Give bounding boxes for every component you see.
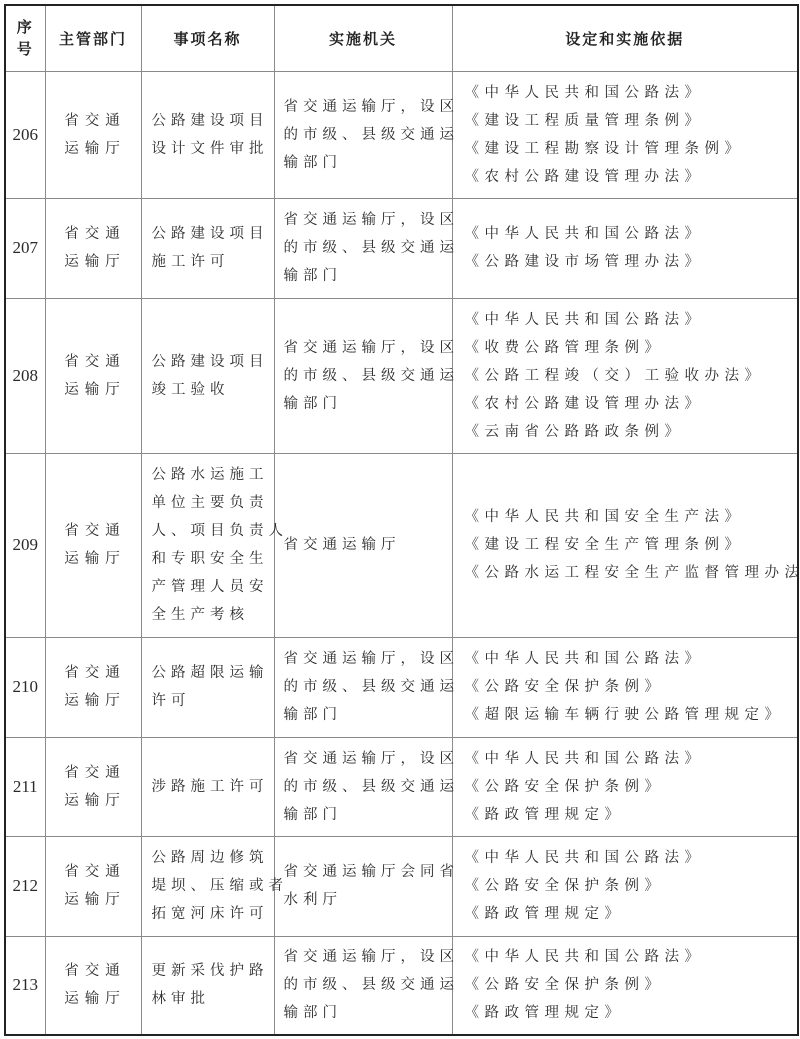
cell-item-name-line: 公路建设项目 — [152, 348, 268, 376]
cell-implementing-agency-line: 输部门 — [284, 701, 446, 729]
cell-legal-basis-line: 《中华人民共和国公路法》 — [465, 645, 792, 673]
cell-implementing-agency-line: 输部门 — [284, 262, 446, 290]
cell-serial-number: 211 — [5, 737, 45, 836]
cell-legal-basis: 《中华人民共和国公路法》《收费公路管理条例》《公路工程竣（交）工验收办法》《农村… — [452, 298, 798, 453]
cell-implementing-agency: 省交通运输厅，设区的市级、县级交通运输部门 — [274, 637, 452, 737]
cell-department-line: 运输厅 — [50, 985, 141, 1013]
cell-implementing-agency-line: 省交通运输厅 — [284, 531, 446, 559]
cell-item-name-line: 公路超限运输 — [152, 659, 268, 687]
cell-item-name-line: 单位主要负责 — [152, 489, 268, 517]
cell-legal-basis: 《中华人民共和国安全生产法》《建设工程安全生产管理条例》《公路水运工程安全生产监… — [452, 453, 798, 637]
cell-legal-basis-line: 《路政管理规定》 — [465, 801, 792, 829]
cell-department-line: 运输厅 — [50, 248, 141, 276]
header-row: 序 号 主管部门 事项名称 实施机关 设定和实施依据 — [5, 5, 798, 71]
table-row: 206省交通运输厅公路建设项目设计文件审批省交通运输厅，设区的市级、县级交通运输… — [5, 71, 798, 198]
cell-department: 省交通运输厅 — [45, 836, 141, 936]
cell-legal-basis-line: 《路政管理规定》 — [465, 900, 792, 928]
cell-department-line: 省交通 — [50, 759, 141, 787]
header-item-name: 事项名称 — [141, 5, 274, 71]
cell-implementing-agency-line: 省交通运输厅，设区 — [284, 93, 446, 121]
cell-legal-basis-line: 《公路工程竣（交）工验收办法》 — [465, 362, 792, 390]
header-implementing-agency: 实施机关 — [274, 5, 452, 71]
table-row: 209省交通运输厅公路水运施工单位主要负责人、项目负责人和专职安全生产管理人员安… — [5, 453, 798, 637]
cell-serial-number: 210 — [5, 637, 45, 737]
cell-item-name: 更新采伐护路林审批 — [141, 936, 274, 1035]
cell-legal-basis-line: 《收费公路管理条例》 — [465, 334, 792, 362]
cell-implementing-agency: 省交通运输厅 — [274, 453, 452, 637]
cell-implementing-agency-line: 省交通运输厅，设区 — [284, 334, 446, 362]
cell-department-line: 省交通 — [50, 220, 141, 248]
cell-implementing-agency: 省交通运输厅会同省水利厅 — [274, 836, 452, 936]
cell-implementing-agency-line: 输部门 — [284, 390, 446, 418]
cell-department-line: 省交通 — [50, 659, 141, 687]
cell-department-line: 省交通 — [50, 517, 141, 545]
cell-item-name-line: 公路水运施工 — [152, 461, 268, 489]
cell-serial-number: 212 — [5, 836, 45, 936]
cell-implementing-agency-line: 输部门 — [284, 149, 446, 177]
cell-implementing-agency-line: 的市级、县级交通运 — [284, 673, 446, 701]
cell-legal-basis-line: 《公路建设市场管理办法》 — [465, 248, 792, 276]
header-legal-basis: 设定和实施依据 — [452, 5, 798, 71]
cell-implementing-agency-line: 省交通运输厅，设区 — [284, 943, 446, 971]
cell-department-line: 省交通 — [50, 957, 141, 985]
cell-implementing-agency-line: 省交通运输厅，设区 — [284, 645, 446, 673]
cell-item-name-line: 人、项目负责人 — [152, 517, 268, 545]
cell-department: 省交通运输厅 — [45, 298, 141, 453]
cell-department-line: 运输厅 — [50, 545, 141, 573]
cell-item-name-line: 竣工验收 — [152, 376, 268, 404]
cell-legal-basis: 《中华人民共和国公路法》《建设工程质量管理条例》《建设工程勘察设计管理条例》《农… — [452, 71, 798, 198]
cell-department: 省交通运输厅 — [45, 936, 141, 1035]
cell-legal-basis-line: 《路政管理规定》 — [465, 999, 792, 1027]
header-department: 主管部门 — [45, 5, 141, 71]
cell-legal-basis: 《中华人民共和国公路法》《公路安全保护条例》《超限运输车辆行驶公路管理规定》 — [452, 637, 798, 737]
cell-item-name-line: 公路建设项目 — [152, 107, 268, 135]
admin-licensing-table: 序 号 主管部门 事项名称 实施机关 设定和实施依据 206省交通运输厅公路建设… — [4, 4, 799, 1036]
cell-department-line: 运输厅 — [50, 886, 141, 914]
cell-department-line: 省交通 — [50, 858, 141, 886]
header-serial-line2: 号 — [6, 38, 45, 60]
table-row: 208省交通运输厅公路建设项目竣工验收省交通运输厅，设区的市级、县级交通运输部门… — [5, 298, 798, 453]
cell-legal-basis-line: 《农村公路建设管理办法》 — [465, 163, 792, 191]
cell-department-line: 运输厅 — [50, 687, 141, 715]
table-row: 210省交通运输厅公路超限运输许可省交通运输厅，设区的市级、县级交通运输部门《中… — [5, 637, 798, 737]
table-row: 212省交通运输厅公路周边修筑堤坝、压缩或者拓宽河床许可省交通运输厅会同省水利厅… — [5, 836, 798, 936]
cell-item-name-line: 堤坝、压缩或者 — [152, 872, 268, 900]
cell-legal-basis: 《中华人民共和国公路法》《公路建设市场管理办法》 — [452, 198, 798, 298]
cell-item-name: 公路超限运输许可 — [141, 637, 274, 737]
cell-legal-basis-line: 《中华人民共和国公路法》 — [465, 745, 792, 773]
cell-serial-number: 213 — [5, 936, 45, 1035]
cell-implementing-agency-line: 输部门 — [284, 999, 446, 1027]
cell-department-line: 省交通 — [50, 348, 141, 376]
cell-department-line: 运输厅 — [50, 135, 141, 163]
cell-department: 省交通运输厅 — [45, 453, 141, 637]
cell-implementing-agency-line: 的市级、县级交通运 — [284, 121, 446, 149]
table-row: 213省交通运输厅更新采伐护路林审批省交通运输厅，设区的市级、县级交通运输部门《… — [5, 936, 798, 1035]
cell-item-name-line: 设计文件审批 — [152, 135, 268, 163]
cell-implementing-agency: 省交通运输厅，设区的市级、县级交通运输部门 — [274, 298, 452, 453]
cell-item-name-line: 拓宽河床许可 — [152, 900, 268, 928]
cell-legal-basis-line: 《公路水运工程安全生产监督管理办法》 — [465, 559, 792, 587]
cell-implementing-agency-line: 的市级、县级交通运 — [284, 234, 446, 262]
cell-legal-basis: 《中华人民共和国公路法》《公路安全保护条例》《路政管理规定》 — [452, 836, 798, 936]
cell-legal-basis-line: 《中华人民共和国公路法》 — [465, 306, 792, 334]
cell-implementing-agency-line: 输部门 — [284, 801, 446, 829]
cell-legal-basis-line: 《中华人民共和国公路法》 — [465, 844, 792, 872]
cell-serial-number: 207 — [5, 198, 45, 298]
cell-legal-basis-line: 《建设工程勘察设计管理条例》 — [465, 135, 792, 163]
cell-item-name-line: 公路周边修筑 — [152, 844, 268, 872]
cell-department: 省交通运输厅 — [45, 737, 141, 836]
cell-legal-basis-line: 《云南省公路路政条例》 — [465, 418, 792, 446]
cell-item-name-line: 产管理人员安 — [152, 573, 268, 601]
cell-department-line: 运输厅 — [50, 787, 141, 815]
cell-item-name: 公路建设项目设计文件审批 — [141, 71, 274, 198]
cell-implementing-agency-line: 省交通运输厅会同省 — [284, 858, 446, 886]
cell-implementing-agency-line: 的市级、县级交通运 — [284, 362, 446, 390]
cell-item-name-line: 和专职安全生 — [152, 545, 268, 573]
table-row: 207省交通运输厅公路建设项目施工许可省交通运输厅，设区的市级、县级交通运输部门… — [5, 198, 798, 298]
cell-serial-number: 208 — [5, 298, 45, 453]
cell-legal-basis-line: 《农村公路建设管理办法》 — [465, 390, 792, 418]
cell-item-name: 公路建设项目竣工验收 — [141, 298, 274, 453]
cell-implementing-agency-line: 省交通运输厅，设区 — [284, 745, 446, 773]
cell-department: 省交通运输厅 — [45, 71, 141, 198]
table-row: 211省交通运输厅涉路施工许可省交通运输厅，设区的市级、县级交通运输部门《中华人… — [5, 737, 798, 836]
cell-department-line: 省交通 — [50, 107, 141, 135]
cell-implementing-agency: 省交通运输厅，设区的市级、县级交通运输部门 — [274, 71, 452, 198]
cell-implementing-agency-line: 省交通运输厅，设区 — [284, 206, 446, 234]
cell-item-name: 公路周边修筑堤坝、压缩或者拓宽河床许可 — [141, 836, 274, 936]
cell-item-name-line: 许可 — [152, 687, 268, 715]
table-body: 206省交通运输厅公路建设项目设计文件审批省交通运输厅，设区的市级、县级交通运输… — [5, 71, 798, 1035]
header-serial-line1: 序 — [6, 16, 45, 38]
cell-item-name: 涉路施工许可 — [141, 737, 274, 836]
cell-legal-basis-line: 《公路安全保护条例》 — [465, 773, 792, 801]
cell-implementing-agency: 省交通运输厅，设区的市级、县级交通运输部门 — [274, 198, 452, 298]
header-serial-number: 序 号 — [5, 5, 45, 71]
cell-legal-basis-line: 《公路安全保护条例》 — [465, 673, 792, 701]
cell-implementing-agency-line: 水利厅 — [284, 886, 446, 914]
cell-legal-basis: 《中华人民共和国公路法》《公路安全保护条例》《路政管理规定》 — [452, 737, 798, 836]
cell-implementing-agency: 省交通运输厅，设区的市级、县级交通运输部门 — [274, 737, 452, 836]
cell-department: 省交通运输厅 — [45, 198, 141, 298]
cell-department: 省交通运输厅 — [45, 637, 141, 737]
cell-legal-basis-line: 《公路安全保护条例》 — [465, 971, 792, 999]
cell-legal-basis-line: 《中华人民共和国公路法》 — [465, 79, 792, 107]
cell-legal-basis-line: 《建设工程质量管理条例》 — [465, 107, 792, 135]
cell-legal-basis: 《中华人民共和国公路法》《公路安全保护条例》《路政管理规定》 — [452, 936, 798, 1035]
cell-item-name-line: 施工许可 — [152, 248, 268, 276]
cell-item-name-line: 涉路施工许可 — [152, 773, 268, 801]
cell-legal-basis-line: 《公路安全保护条例》 — [465, 872, 792, 900]
cell-implementing-agency: 省交通运输厅，设区的市级、县级交通运输部门 — [274, 936, 452, 1035]
cell-item-name-line: 林审批 — [152, 985, 268, 1013]
cell-legal-basis-line: 《中华人民共和国安全生产法》 — [465, 503, 792, 531]
cell-serial-number: 206 — [5, 71, 45, 198]
cell-implementing-agency-line: 的市级、县级交通运 — [284, 971, 446, 999]
cell-serial-number: 209 — [5, 453, 45, 637]
cell-item-name-line: 更新采伐护路 — [152, 957, 268, 985]
cell-legal-basis-line: 《超限运输车辆行驶公路管理规定》 — [465, 701, 792, 729]
cell-implementing-agency-line: 的市级、县级交通运 — [284, 773, 446, 801]
cell-item-name-line: 全生产考核 — [152, 601, 268, 629]
cell-item-name-line: 公路建设项目 — [152, 220, 268, 248]
cell-item-name: 公路水运施工单位主要负责人、项目负责人和专职安全生产管理人员安全生产考核 — [141, 453, 274, 637]
cell-department-line: 运输厅 — [50, 376, 141, 404]
cell-legal-basis-line: 《中华人民共和国公路法》 — [465, 943, 792, 971]
cell-item-name: 公路建设项目施工许可 — [141, 198, 274, 298]
cell-legal-basis-line: 《建设工程安全生产管理条例》 — [465, 531, 792, 559]
cell-legal-basis-line: 《中华人民共和国公路法》 — [465, 220, 792, 248]
